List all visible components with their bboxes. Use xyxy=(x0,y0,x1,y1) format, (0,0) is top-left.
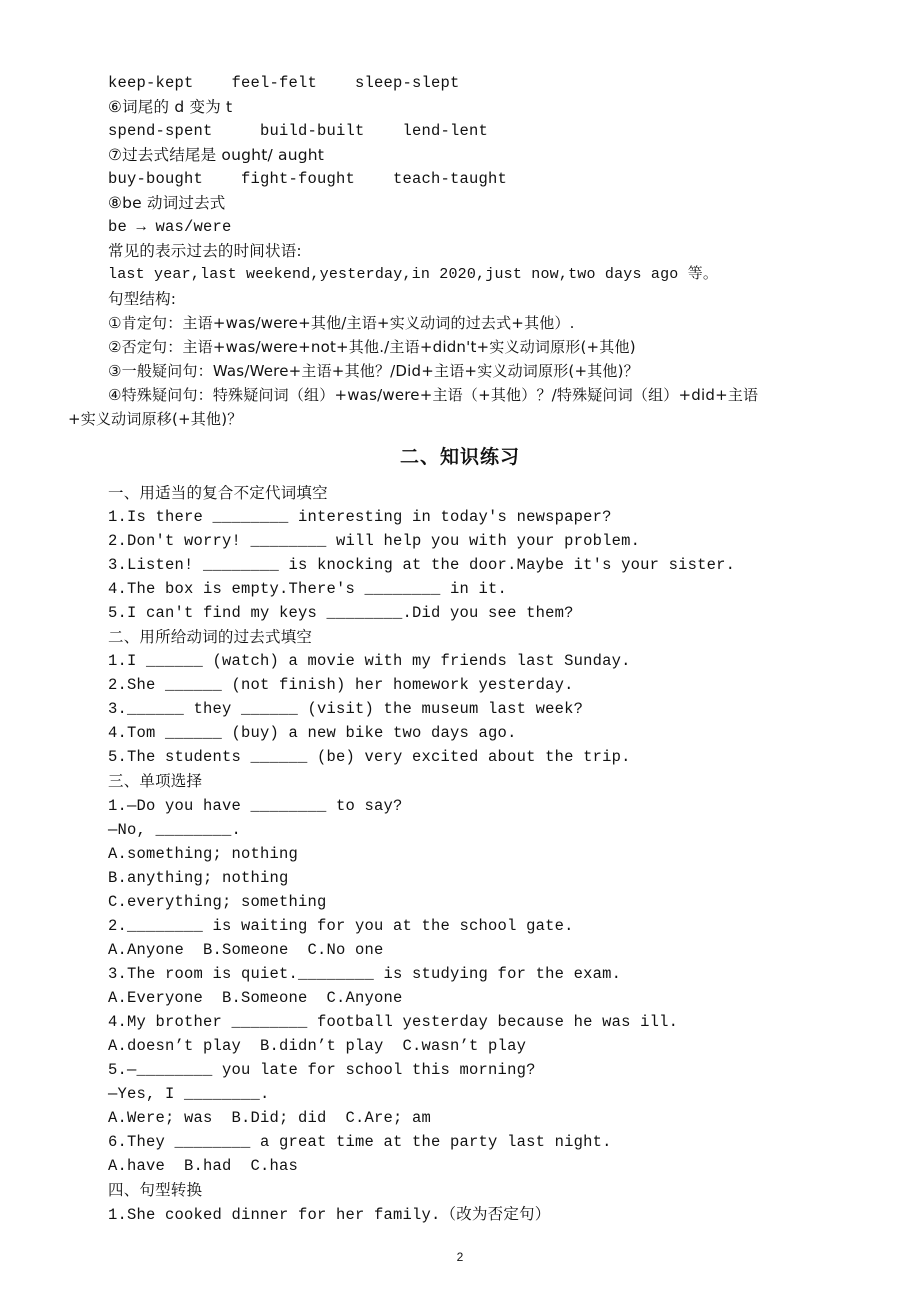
exercise-item: 2.Don't worry! ________ will help you wi… xyxy=(108,529,640,553)
exercise-item: 1.She cooked dinner for her family.（改为否定… xyxy=(108,1203,550,1227)
exercise-item: 5.I can't find my keys ________.Did you … xyxy=(108,601,574,625)
exercise-part-title: 二、用所给动词的过去式填空 xyxy=(108,625,312,649)
question-stem: 5.—________ you late for school this mor… xyxy=(108,1058,536,1082)
exercise-item: 2.She ______ (not finish) her homework y… xyxy=(108,673,574,697)
note-line: buy-bought fight-fought teach-taught xyxy=(108,167,507,191)
exercise-item: 1.I ______ (watch) a movie with my frien… xyxy=(108,649,631,673)
exercise-item: 4.The box is empty.There's ________ in i… xyxy=(108,577,507,601)
answer-options: A.doesn’t play B.didn’t play C.wasn’t pl… xyxy=(108,1034,526,1058)
sentence-pattern-wh-question: ④特殊疑问句：特殊疑问词（组）+was/were+主语（+其他）？/特殊疑问词（… xyxy=(108,383,758,407)
question-stem: 1.—Do you have ________ to say? xyxy=(108,794,403,818)
note-line: keep-kept feel-felt sleep-slept xyxy=(108,71,460,95)
note-line: be → was/were xyxy=(108,215,232,239)
answer-options: A.Everyone B.Someone C.Anyone xyxy=(108,986,403,1010)
question-stem: —Yes, I ________. xyxy=(108,1082,270,1106)
document-page: keep-kept feel-felt sleep-slept ⑥词尾的 d 变… xyxy=(0,0,920,1302)
note-line: last year,last weekend,yesterday,in 2020… xyxy=(108,263,718,287)
question-stem: 6.They ________ a great time at the part… xyxy=(108,1130,612,1154)
question-stem: 2.________ is waiting for you at the sch… xyxy=(108,914,574,938)
exercise-part-title: 四、句型转换 xyxy=(108,1178,202,1202)
answer-options: A.have B.had C.has xyxy=(108,1154,298,1178)
exercise-item: 1.Is there ________ interesting in today… xyxy=(108,505,612,529)
exercise-item: 3.______ they ______ (visit) the museum … xyxy=(108,697,583,721)
exercise-part-title: 一、用适当的复合不定代词填空 xyxy=(108,481,328,505)
note-rule-heading: ⑧be 动词过去式 xyxy=(108,191,226,215)
exercise-item: 4.Tom ______ (buy) a new bike two days a… xyxy=(108,721,517,745)
sentence-pattern-yes-no-question: ③一般疑问句：Was/Were+主语+其他？/Did+主语+实义动词原形(+其他… xyxy=(108,359,639,383)
exercise-item: 5.The students ______ (be) very excited … xyxy=(108,745,631,769)
answer-option: C.everything; something xyxy=(108,890,327,914)
sentence-pattern-wh-question-cont: +实义动词原移(+其他)？ xyxy=(68,407,242,431)
note-rule-heading: ⑦过去式结尾是 ought/ aught xyxy=(108,143,324,167)
exercise-part-title: 三、单项选择 xyxy=(108,769,202,793)
question-stem: 4.My brother ________ football yesterday… xyxy=(108,1010,678,1034)
answer-option: A.something; nothing xyxy=(108,842,298,866)
question-stem: 3.The room is quiet.________ is studying… xyxy=(108,962,621,986)
exercise-item: 3.Listen! ________ is knocking at the do… xyxy=(108,553,735,577)
note-rule-heading: ⑥词尾的 d 变为 t xyxy=(108,95,232,119)
answer-options: A.Were; was B.Did; did C.Are; am xyxy=(108,1106,431,1130)
page-number: 2 xyxy=(0,1250,920,1264)
sentence-pattern-affirmative: ①肯定句：主语+was/were+其他/主语+实义动词的过去式+其他）. xyxy=(108,311,575,335)
answer-option: B.anything; nothing xyxy=(108,866,289,890)
question-stem: —No, ________. xyxy=(108,818,241,842)
note-subheading: 常见的表示过去的时间状语: xyxy=(108,239,302,263)
answer-options: A.Anyone B.Someone C.No one xyxy=(108,938,384,962)
section-heading: 二、知识练习 xyxy=(0,443,920,471)
note-subheading: 句型结构: xyxy=(108,287,176,311)
note-line: spend-spent build-built lend-lent xyxy=(108,119,488,143)
sentence-pattern-negative: ②否定句：主语+was/were+not+其他./主语+didn't+实义动词原… xyxy=(108,335,636,359)
